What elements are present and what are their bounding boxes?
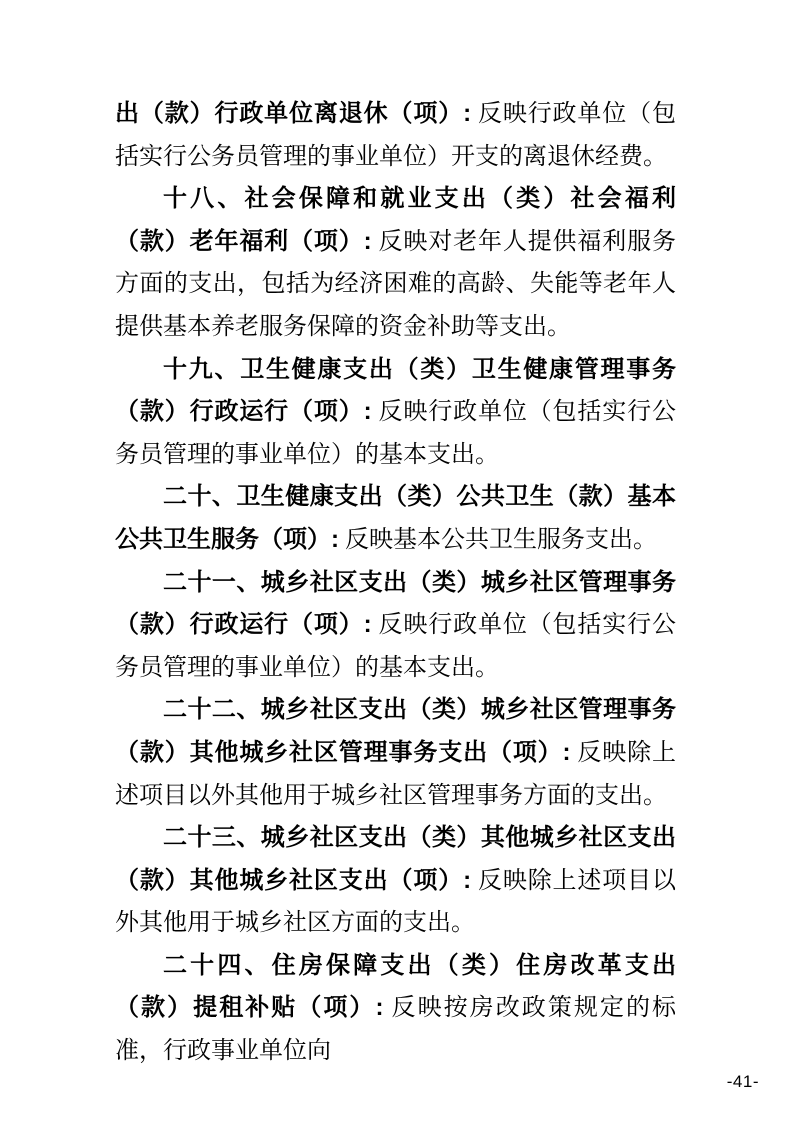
- paragraph-expenditure-20: 二十、卫生健康支出（类）公共卫生（款）基本公共卫生服务（项）: 反映基本公共卫生…: [115, 476, 676, 561]
- paragraph-expenditure-18: 十八、社会保障和就业支出（类）社会福利（款）老年福利（项）: 反映对老年人提供福…: [115, 178, 676, 348]
- document-page: 出（款）行政单位离退休（项）: 反映行政单位（包括实行公务员管理的事业单位）开支…: [0, 0, 793, 1122]
- paragraph-body: 反映基本公共卫生服务支出。: [345, 527, 657, 553]
- category-label: 出（款）行政单位离退休（项）:: [115, 100, 471, 127]
- paragraph-expenditure-22: 二十二、城乡社区支出（类）城乡社区管理事务（款）其他城乡社区管理事务支出（项）:…: [115, 689, 676, 817]
- paragraph-expenditure-17-continuation: 出（款）行政单位离退休（项）: 反映行政单位（包括实行公务员管理的事业单位）开支…: [115, 93, 676, 178]
- paragraph-expenditure-23: 二十三、城乡社区支出（类）其他城乡社区支出（款）其他城乡社区支出（项）: 反映除…: [115, 817, 676, 945]
- page-number: -41-: [727, 1072, 759, 1092]
- paragraph-expenditure-19: 十九、卫生健康支出（类）卫生健康管理事务（款）行政运行（项）: 反映行政单位（包…: [115, 349, 676, 477]
- paragraph-expenditure-24: 二十四、住房保障支出（类）住房改革支出（款）提租补贴（项）: 反映按房改政策规定…: [115, 945, 676, 1073]
- document-body: 出（款）行政单位离退休（项）: 反映行政单位（包括实行公务员管理的事业单位）开支…: [115, 93, 676, 1073]
- paragraph-expenditure-21: 二十一、城乡社区支出（类）城乡社区管理事务（款）行政运行（项）: 反映行政单位（…: [115, 562, 676, 690]
